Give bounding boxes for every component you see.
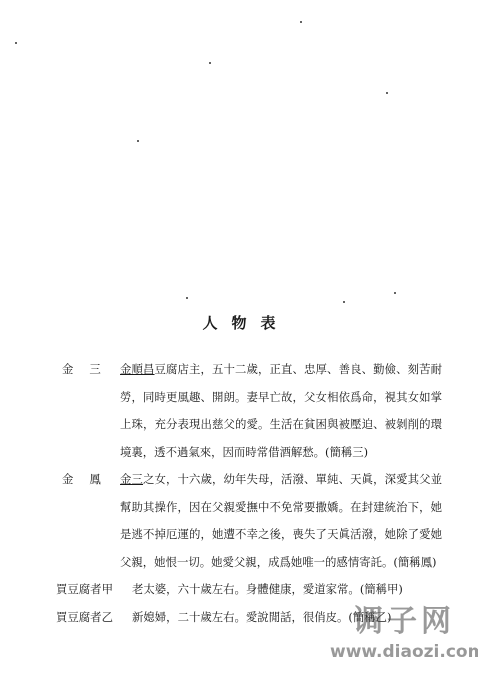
scan-speck <box>386 92 388 94</box>
character-relation-name: 金三 <box>120 472 143 486</box>
scan-speck <box>209 62 211 64</box>
character-description-text: 之女，十六歲，幼年失母，活潑、單純、天眞，深愛其父並幫助其操作，因在父親愛撫中不… <box>120 472 442 569</box>
character-entry-buyer-b: 買豆腐者乙 新媳婦，二十歲左右。愛說閒話，很俏皮。(簡稱乙) <box>56 604 442 632</box>
scan-speck <box>300 21 302 23</box>
page-title: 人物表 <box>0 312 478 333</box>
character-name: 金三 <box>62 356 120 384</box>
watermark-url: www.diaozi.com <box>330 641 478 663</box>
character-description-text: 老太婆，六十歲左右。身體健康，愛道家常。(簡稱甲) <box>132 576 442 604</box>
character-entry-buyer-a: 買豆腐者甲 老太婆，六十歲左右。身體健康，愛道家常。(簡稱甲) <box>56 576 442 604</box>
character-entry-jin-san: 金三 金順昌豆腐店主，五十二歲，正直、忠厚、善良、勤儉、刻苦耐勞，同時更風趣、開… <box>62 356 442 466</box>
character-description: 金三之女，十六歲，幼年失母，活潑、單純、天眞，深愛其父並幫助其操作，因在父親愛撫… <box>120 466 442 576</box>
scan-speck <box>186 297 188 299</box>
character-name: 金鳳 <box>62 466 120 494</box>
scan-speck <box>394 292 396 294</box>
scan-speck <box>15 42 17 44</box>
scan-speck <box>343 301 345 303</box>
character-entry-jin-feng: 金鳳 金三之女，十六歲，幼年失母，活潑、單純、天眞，深愛其父並幫助其操作，因在父… <box>62 466 442 576</box>
character-description: 金順昌豆腐店主，五十二歲，正直、忠厚、善良、勤儉、刻苦耐勞，同時更風趣、開朗。妻… <box>120 356 442 466</box>
character-description-text: 豆腐店主，五十二歲，正直、忠厚、善良、勤儉、刻苦耐勞，同時更風趣、開朗。妻早亡故… <box>120 362 442 459</box>
scan-speck <box>137 140 139 142</box>
character-list: 金三 金順昌豆腐店主，五十二歲，正直、忠厚、善良、勤儉、刻苦耐勞，同時更風趣、開… <box>62 356 442 631</box>
character-description-text: 新媳婦，二十歲左右。愛說閒話，很俏皮。(簡稱乙) <box>132 604 442 632</box>
character-real-name: 金順昌 <box>120 362 155 376</box>
character-name: 買豆腐者甲 <box>56 576 132 604</box>
character-name: 買豆腐者乙 <box>56 604 132 632</box>
